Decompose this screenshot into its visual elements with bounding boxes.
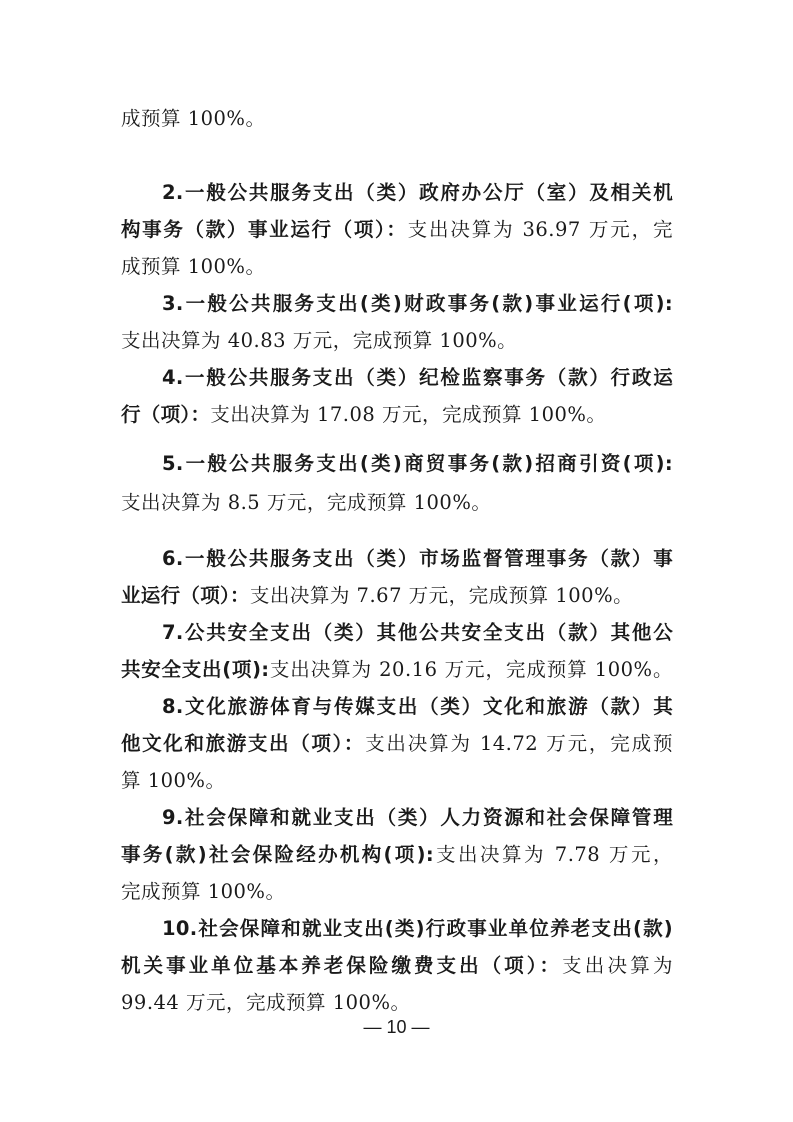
body-text: 支出决算为 14.72 万元，完成预 [365, 732, 673, 755]
page-number: — 10 — [0, 1017, 793, 1038]
paragraph-continuation: 成预算 100%。 [121, 100, 673, 137]
heading-text: 机关事业单位基本养老保险缴费支出（项）： [121, 954, 562, 977]
item-10-line-3: 99.44 万元，完成预算 100%。 [121, 984, 673, 1021]
heading-text: 6.一般公共服务支出（类）市场监督管理事务（款）事 [162, 547, 673, 570]
body-text: 算 100%。 [121, 769, 225, 792]
heading-text: 2.一般公共服务支出（类）政府办公厅（室）及相关机 [162, 181, 673, 204]
body-text: 支出决算为 40.83 万元，完成预算 100%。 [121, 329, 517, 352]
body-text: 99.44 万元，完成预算 100%。 [121, 991, 410, 1014]
item-2-heading: 2.一般公共服务支出（类）政府办公厅（室）及相关机 [121, 174, 673, 211]
body-text: 支出决算为 17.08 万元，完成预算 100%。 [210, 403, 606, 426]
body-text: 支出决算为 7.67 万元，完成预算 100%。 [250, 584, 633, 607]
item-4-heading: 4.一般公共服务支出（类）纪检监察事务（款）行政运 [121, 359, 673, 396]
heading-text: 10.社会保障和就业支出(类)行政事业单位养老支出(款) [162, 917, 673, 940]
item-6-line-2: 业运行（项）：支出决算为 7.67 万元，完成预算 100%。 [121, 577, 673, 614]
body-text: 支出决算为 20.16 万元，完成预算 100%。 [269, 658, 673, 681]
item-9-line-2: 事务(款)社会保险经办机构(项):支出决算为 7.78 万元， [121, 836, 673, 873]
item-2-line-2: 构事务（款）事业运行（项）：支出决算为 36.97 万元，完 [121, 211, 673, 248]
heading-text: 9.社会保障和就业支出（类）人力资源和社会保障管理 [162, 806, 673, 829]
item-7-heading: 7.公共安全支出（类）其他公共安全支出（款）其他公 [121, 614, 673, 651]
heading-text: 行（项）： [121, 403, 210, 426]
body-text: 完成预算 100%。 [121, 880, 285, 903]
item-3-heading: 3.一般公共服务支出(类)财政事务(款)事业运行(项): [121, 285, 673, 322]
heading-text: 事务(款)社会保险经办机构(项): [121, 843, 434, 866]
heading-text: 5.一般公共服务支出(类)商贸事务(款)招商引资(项): [162, 452, 673, 475]
heading-text: 他文化和旅游支出（项）： [121, 732, 365, 755]
item-8-line-3: 算 100%。 [121, 762, 673, 799]
item-4-line-2: 行（项）：支出决算为 17.08 万元，完成预算 100%。 [121, 396, 673, 433]
item-10-line-2: 机关事业单位基本养老保险缴费支出（项）：支出决算为 [121, 947, 673, 984]
body-text: 支出决算为 [562, 954, 673, 977]
heading-text: 7.公共安全支出（类）其他公共安全支出（款）其他公 [162, 621, 673, 644]
item-6-heading: 6.一般公共服务支出（类）市场监督管理事务（款）事 [121, 540, 673, 577]
item-10-heading: 10.社会保障和就业支出(类)行政事业单位养老支出(款) [121, 910, 673, 947]
body-text: 支出决算为 36.97 万元，完 [408, 218, 673, 241]
heading-text: 4.一般公共服务支出（类）纪检监察事务（款）行政运 [162, 366, 673, 389]
item-8-heading: 8.文化旅游体育与传媒支出（类）文化和旅游（款）其 [121, 688, 673, 725]
item-3-line-2: 支出决算为 40.83 万元，完成预算 100%。 [121, 322, 673, 359]
item-8-line-2: 他文化和旅游支出（项）：支出决算为 14.72 万元，完成预 [121, 725, 673, 762]
item-5-heading: 5.一般公共服务支出(类)商贸事务(款)招商引资(项): [121, 445, 673, 482]
body-text: 支出决算为 8.5 万元，完成预算 100%。 [121, 491, 491, 514]
body-text: 支出决算为 7.78 万元， [434, 843, 673, 866]
item-2-line-3: 成预算 100%。 [121, 248, 673, 285]
heading-text: 3.一般公共服务支出(类)财政事务(款)事业运行(项): [162, 292, 673, 315]
item-9-heading: 9.社会保障和就业支出（类）人力资源和社会保障管理 [121, 799, 673, 836]
item-7-line-2: 共安全支出(项):支出决算为 20.16 万元，完成预算 100%。 [121, 651, 673, 688]
heading-text: 构事务（款）事业运行（项）： [121, 218, 408, 241]
heading-text: 共安全支出(项): [121, 658, 269, 681]
item-5-line-2: 支出决算为 8.5 万元，完成预算 100%。 [121, 484, 673, 521]
heading-text: 业运行（项）： [121, 584, 250, 607]
heading-text: 8.文化旅游体育与传媒支出（类）文化和旅游（款）其 [162, 695, 673, 718]
body-text: 成预算 100%。 [121, 255, 265, 278]
item-9-line-3: 完成预算 100%。 [121, 873, 673, 910]
body-text: 成预算 100%。 [121, 107, 265, 130]
